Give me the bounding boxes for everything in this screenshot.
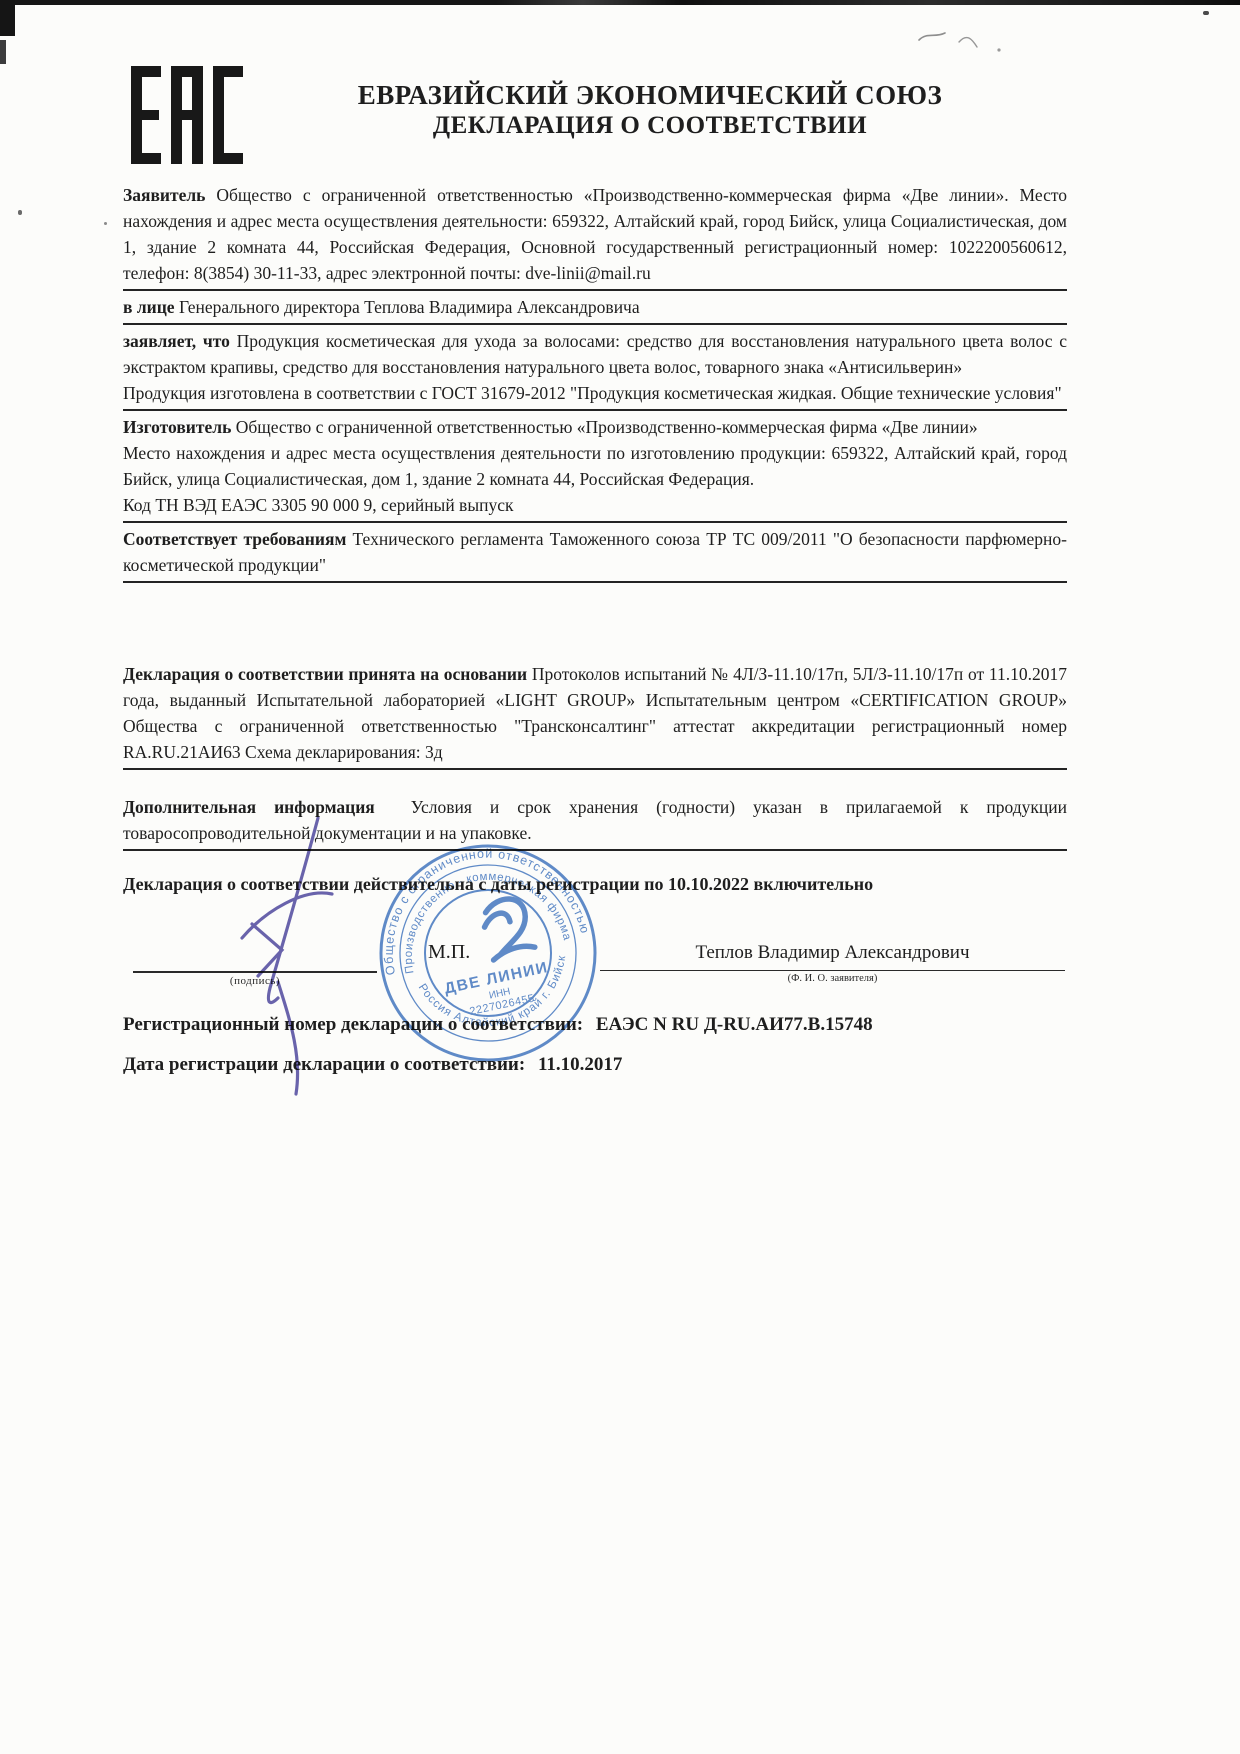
section-represented-by: в лице Генерального директора Теплова Вл… [123,294,1067,325]
eac-logo [128,66,246,164]
fio-caption: (Ф. И. О. заявителя) [600,973,1065,984]
scan-edge-artifact [0,0,1240,5]
basis-label: Декларация о соответствии принята на осн… [123,664,527,684]
section-declares: заявляет, что Продукция косметическая дл… [123,328,1067,411]
company-stamp: Общество с ограниченной ответственностью… [378,843,598,1063]
represented-by-label: в лице [123,297,175,317]
manufacturer-text: Общество с ограниченной ответственностью… [236,417,978,437]
scan-speck [1203,11,1209,15]
section-manufacturer: Изготовитель Общество с ограниченной отв… [123,414,1067,523]
declares-gost-text: Продукция изготовлена в соответствии с Г… [123,383,1062,403]
pen-mark-artifact [915,24,1025,58]
section-complies: Соответствует требованиям Технического р… [123,526,1067,583]
title-declaration: ДЕКЛАРАЦИЯ О СООТВЕТСТВИИ [300,111,1000,141]
handwritten-signature [226,804,401,1104]
document-title: ЕВРАЗИЙСКИЙ ЭКОНОМИЧЕСКИЙ СОЮЗ ДЕКЛАРАЦИ… [300,80,1000,141]
fio-line [600,970,1065,971]
represented-by-text: Генерального директора Теплова Владимира… [179,297,640,317]
manufacturer-address: Место нахождения и адрес места осуществл… [123,443,1067,489]
section-basis: Декларация о соответствии принята на осн… [123,661,1067,770]
title-union: ЕВРАЗИЙСКИЙ ЭКОНОМИЧЕСКИЙ СОЮЗ [300,80,1000,111]
applicant-text: Общество с ограниченной ответственностью… [123,185,1067,283]
registration-number-value: ЕАЭС N RU Д-RU.АИ77.В.15748 [596,1014,873,1035]
stamp-logo-mark [480,895,536,960]
section-applicant: Заявитель Общество с ограниченной ответс… [123,182,1067,291]
applicant-label: Заявитель [123,185,205,205]
scan-speck [104,222,107,225]
scan-corner-artifact [0,0,15,36]
applicant-fio: Теплов Владимир Александрович [600,942,1065,964]
declares-text: Продукция косметическая для ухода за вол… [123,331,1067,377]
complies-label: Соответствует требованиям [123,529,346,549]
declares-label: заявляет, что [123,331,230,351]
declaration-document: ЕВРАЗИЙСКИЙ ЭКОНОМИЧЕСКИЙ СОЮЗ ДЕКЛАРАЦИ… [0,0,1240,1754]
scan-speck [18,210,22,215]
scan-corner-artifact [0,40,6,64]
manufacturer-label: Изготовитель [123,417,231,437]
manufacturer-code: Код ТН ВЭД ЕАЭС 3305 90 000 9, серийный … [123,495,513,515]
